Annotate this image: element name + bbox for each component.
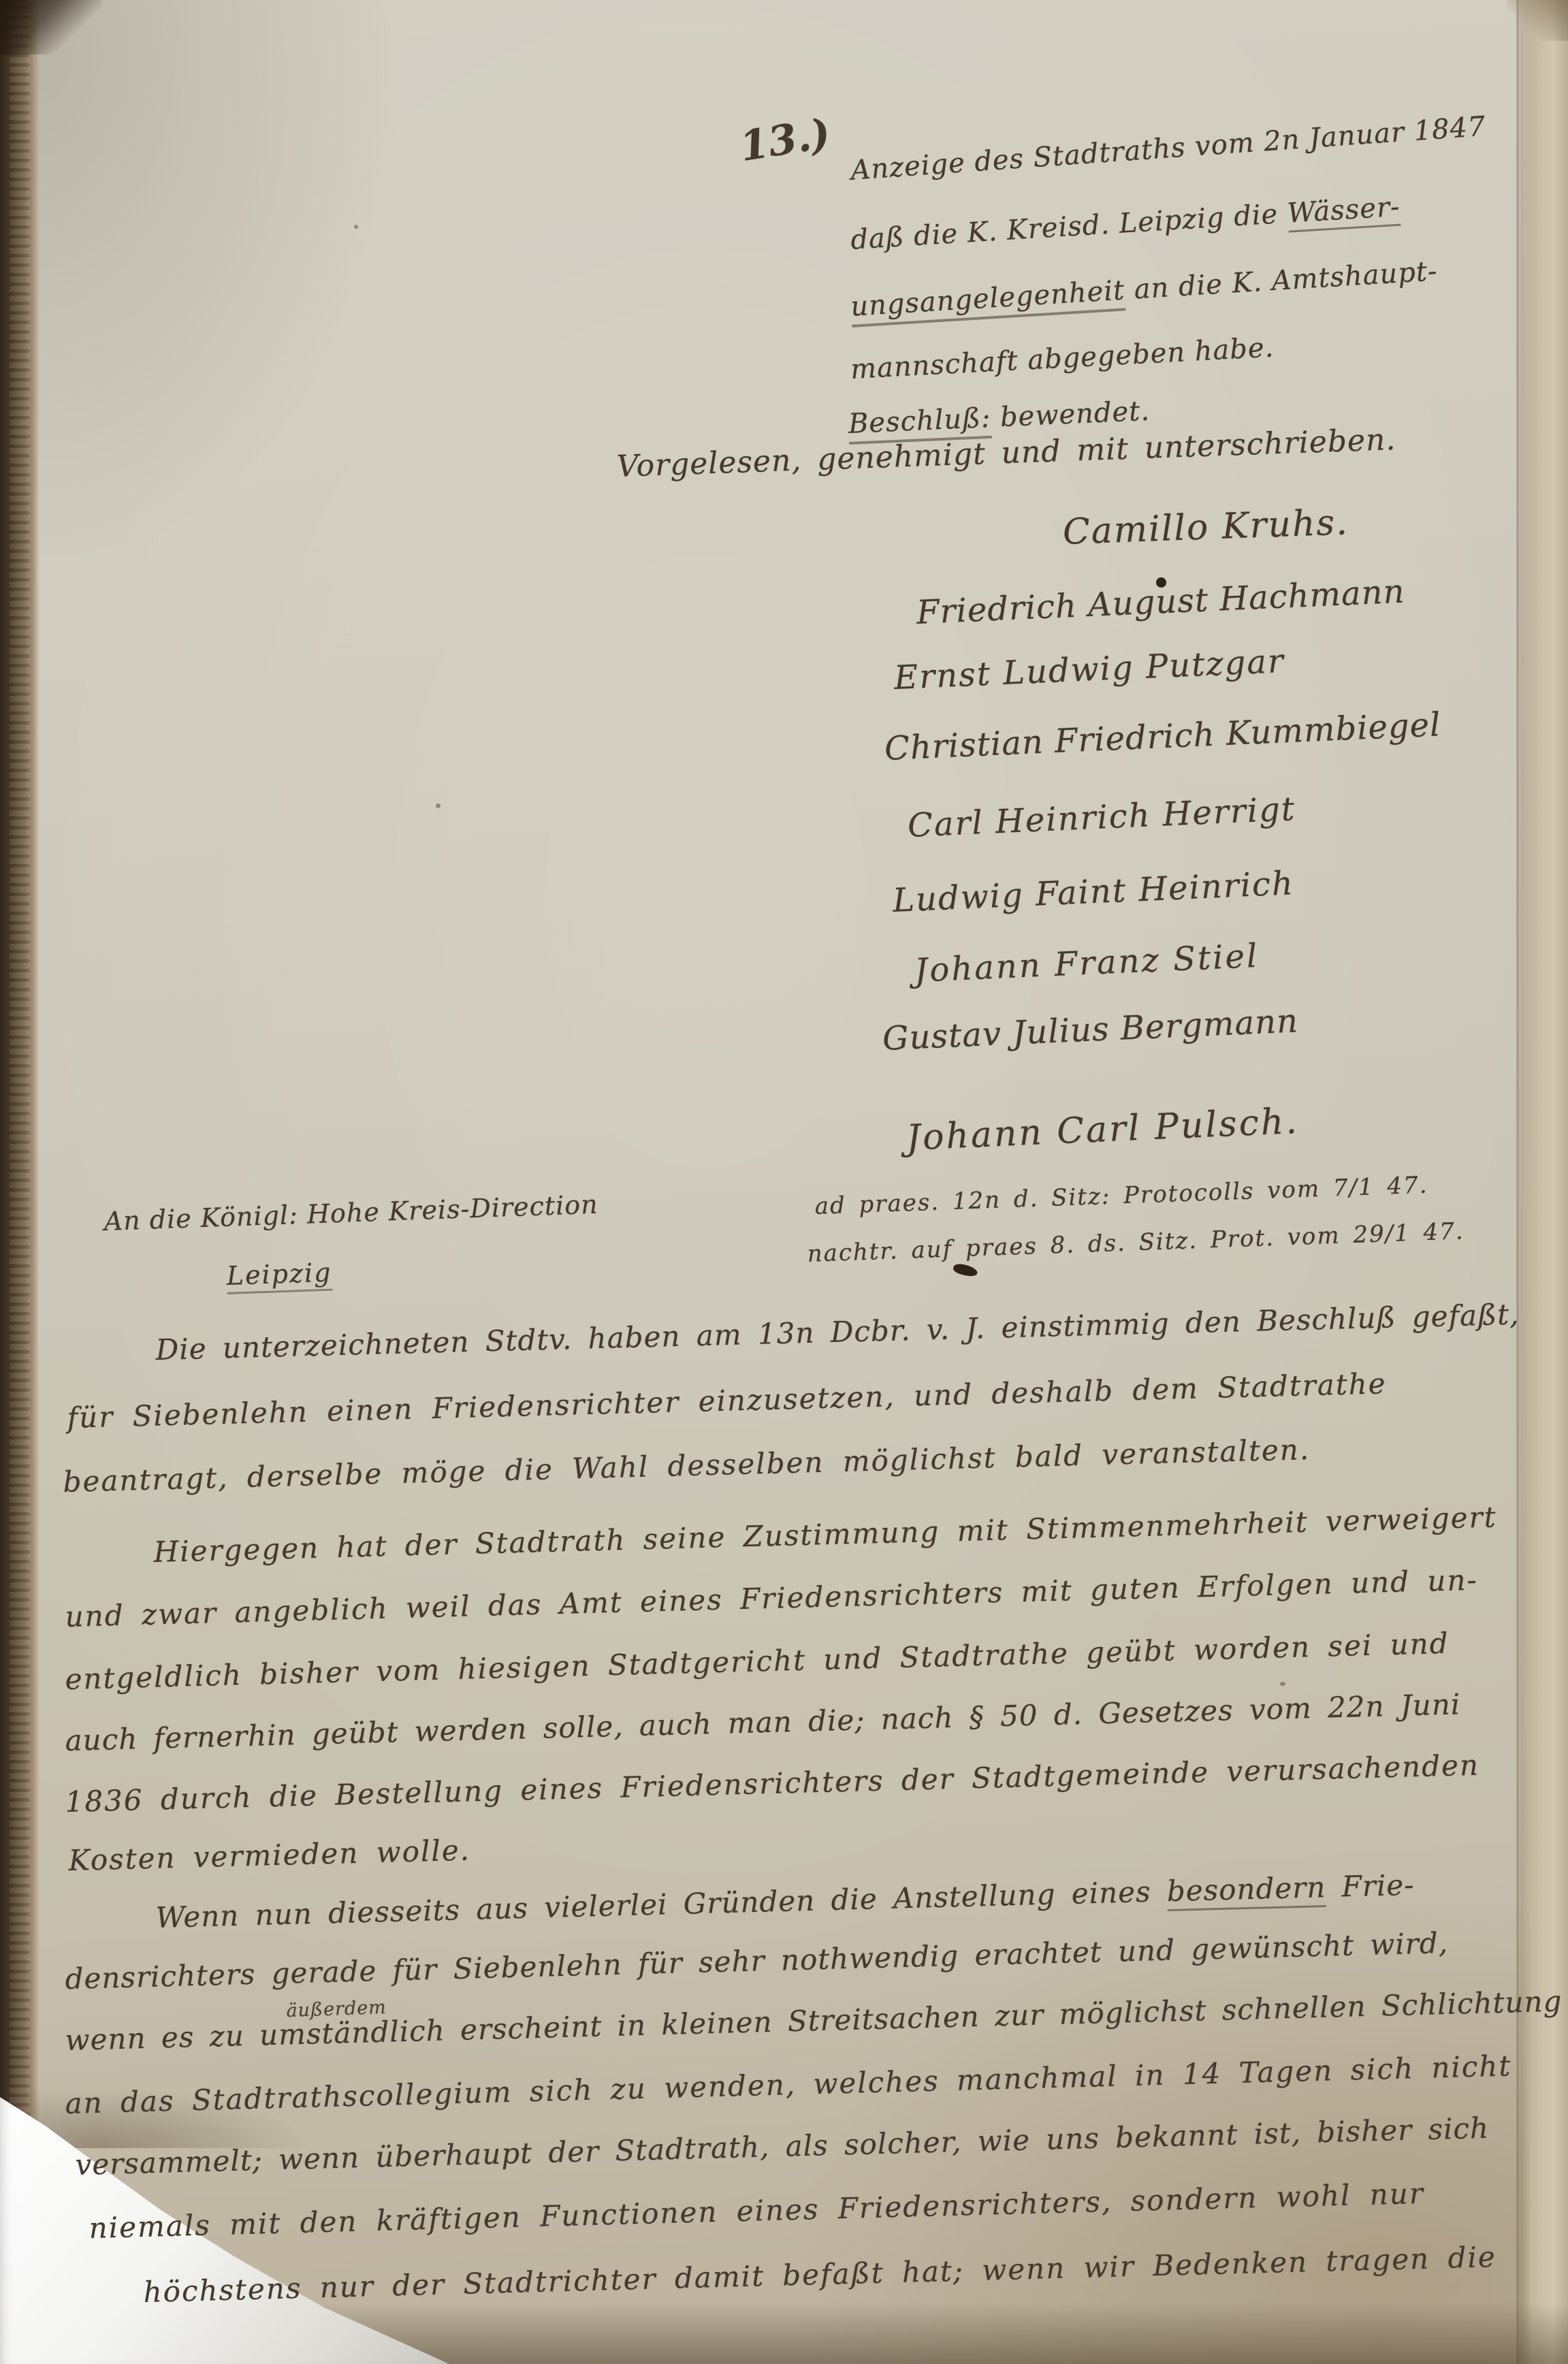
signature-line: Ludwig Faint Heinrich [892,864,1295,920]
body-line: auch fernerhin geübt werden solle, auch … [65,1687,1461,1757]
body-line: für Siebenlehn einen Friedensrichter ein… [67,1367,1387,1435]
underlined-subject-part2: ungsangelegenheit [850,274,1126,328]
clerk-signature: Camillo Kruhs. [1062,502,1349,553]
signature-line: Ernst Ludwig Putzgar [893,642,1285,697]
paper-fleck [436,803,441,808]
manuscript-photo: 13.) Anzeige des Stadtraths vom 2n Janua… [0,0,1568,2364]
underlined-subject-part1: Wässer- [1286,191,1401,233]
stacked-page-edges [10,0,30,2364]
body-line: an das Stadtrathscollegium sich zu wende… [65,2049,1512,2120]
body-line: und zwar angeblich weil das Amt eines Fr… [65,1563,1478,1633]
body-line: densrichters gerade für Siebenlehn für s… [65,1926,1449,1996]
praesentatum-note-line-1: ad praes. 12n d. Sitz: Protocolls vom 7/… [814,1172,1428,1220]
body-line: entgeldlich bisher vom hiesigen Stadtger… [65,1627,1450,1696]
signature-line: Gustav Julius Bergmann [882,1002,1299,1058]
body-line: Hiergegen hat der Stadtrath seine Zustim… [153,1500,1497,1569]
paper-fleck [354,225,358,229]
docket-line-2: daß die K. Kreisd. Leipzig die Wässer- [850,191,1401,256]
body-line: wenn es zu umständlich erscheint in klei… [65,1984,1563,2057]
underlined-word-besondern: besondern [1166,1870,1326,1911]
ink-blot [953,1262,979,1278]
secretary-signature: Johann Carl Pulsch. [906,1101,1300,1159]
signature-line: Carl Heinrich Herrigt [907,790,1296,845]
signature-line: Johann Franz Stiel [914,937,1260,990]
item-number: 13.) [737,110,833,171]
body-line: 1836 durch die Bestellung eines Friedens… [65,1748,1479,1819]
paper-fleck [1280,1682,1285,1686]
docket-line-3: ungsangelegenheit an die K. Amtshaupt- [850,255,1439,323]
praesentatum-note-line-2: nachtr. auf praes 8. ds. Sitz. Prot. vom… [807,1217,1465,1268]
signature-line: Christian Friedrich Kummbiegel [884,705,1441,768]
body-line: beantragt, derselbe möge die Wahl dessel… [63,1433,1311,1499]
corner-shadow-top-left [0,0,102,54]
body-line-text: Frie- [1326,1868,1415,1904]
docket-line-4: mannschaft abgegeben habe. [850,332,1275,385]
corner-shadow-top-right [1507,0,1568,41]
body-line: Die unterzeichneten Stdtv. haben am 13n … [155,1298,1520,1367]
docket-line-1: Anzeige des Stadtraths vom 2n Januar 184… [850,111,1487,187]
body-line: niemals mit den kräftigen Functionen ein… [89,2177,1424,2245]
docket-line-3-text: an die K. Amtshaupt- [1124,255,1439,306]
address-recipient: An die Königl: Hohe Kreis-Direction [103,1189,598,1236]
body-line: Kosten vermieden wolle. [68,1834,471,1877]
address-city: Leipzig [226,1258,332,1294]
resolution-text: bewendet. [990,396,1151,434]
body-line: Wenn nun diesseits aus vielerlei Gründen… [155,1868,1415,1934]
docket-line-2-text: daß die K. Kreisd. Leipzig die [850,198,1288,256]
body-line-text: Wenn nun diesseits aus vielerlei Gründen… [155,1874,1167,1934]
body-line: höchstens nur der Stadtrichter damit bef… [143,2240,1497,2309]
